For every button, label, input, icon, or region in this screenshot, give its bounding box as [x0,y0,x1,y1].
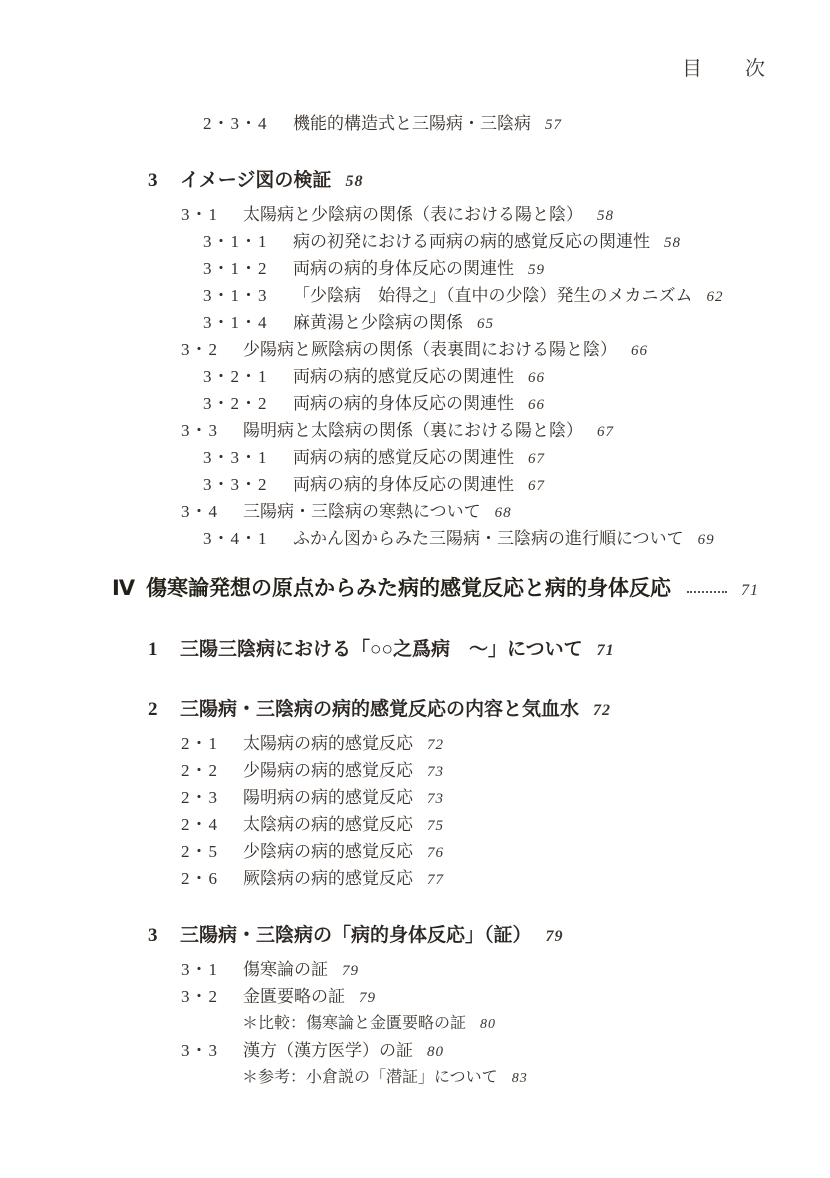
entry-number: 3 [148,920,180,952]
entry-title: ＊参考：小倉説の「潜証」について [242,1064,498,1091]
entry-number: 2 [148,694,180,726]
dotted-leader [687,591,727,593]
toc-entry: 3・3・1両病の病的感覚反応の関連性67 [0,444,830,471]
entry-page: 79 [342,958,359,985]
entry-title: 傷寒論の証 [243,956,328,983]
entry-title: 三陽病・三陰病の寒熱について [243,498,481,525]
entry-title: ＊比較：傷寒論と金匱要略の証 [242,1010,466,1037]
entry-number: 3・3 [181,1037,243,1064]
entry-page: 80 [427,1039,444,1066]
entry-page: 69 [698,527,715,554]
entry-title: 両病の病的身体反応の関連性 [293,471,514,498]
entry-page: 67 [528,446,545,473]
entry-number: Ⅳ [112,572,146,606]
entry-page: 66 [528,392,545,419]
entry-title: 両病の病的感覚反応の関連性 [293,363,514,390]
toc-entry: ＊参考：小倉説の「潜証」について83 [0,1064,830,1091]
toc-entry: 2・5少陰病の病的感覚反応76 [0,838,830,865]
toc-entry: 3・4・1ふかん図からみた三陽病・三陰病の進行順について69 [0,525,830,552]
entry-title: 少陽病の病的感覚反応 [243,757,413,784]
entry-page: 73 [427,786,444,813]
entry-title: 少陰病の病的感覚反応 [243,838,413,865]
entry-number: 3・3 [181,417,243,444]
entry-number: 2・3 [181,784,243,811]
toc-entry: 2・3陽明病の病的感覚反応73 [0,784,830,811]
entry-number: 3・1・3 [203,282,293,309]
toc-entry: 3・2少陽病と厥陰病の関係（表裏間における陽と陰）66 [0,336,830,363]
toc-entry: 3・2・1両病の病的感覚反応の関連性66 [0,363,830,390]
entry-page: 72 [593,695,611,727]
entry-page: 58 [664,230,681,257]
entry-title: 太陰病の病的感覚反応 [243,811,413,838]
entry-number: 2・2 [181,757,243,784]
entry-number: 2・1 [181,730,243,757]
entry-number: 3 [148,165,180,197]
toc-list: 2・3・4機能的構造式と三陽病・三陰病573イメージ図の検証583・1太陽病と少… [0,110,830,1091]
entry-page: 79 [546,921,564,953]
entry-page: 65 [477,311,494,338]
entry-page: 62 [707,284,724,311]
entry-title: 両病の病的身体反応の関連性 [293,390,514,417]
toc-entry: 2・3・4機能的構造式と三陽病・三陰病57 [0,110,830,137]
toc-entry: 3・1・2両病の病的身体反応の関連性59 [0,255,830,282]
entry-title: 厥陰病の病的感覚反応 [243,865,413,892]
entry-page: 72 [427,732,444,759]
page-title: 目 次 [682,52,766,81]
entry-page: 59 [528,257,545,284]
entry-number: 3・1 [181,201,243,228]
entry-number: 3・2 [181,983,243,1010]
toc-entry: 2・2少陽病の病的感覚反応73 [0,757,830,784]
entry-number: 3・3・2 [203,471,293,498]
toc-entry: 3・1・4麻黄湯と少陰病の関係65 [0,309,830,336]
entry-page: 67 [528,473,545,500]
entry-page: 58 [345,166,363,198]
toc-entry: 3・1太陽病と少陰病の関係（表における陽と陰）58 [0,201,830,228]
entry-title: 麻黄湯と少陰病の関係 [293,309,463,336]
entry-title: 病の初発における両病の病的感覚反応の関連性 [293,228,650,255]
entry-number: 3・1 [181,956,243,983]
entry-title: 三陽病・三陰病の「病的身体反応」（証） [180,920,532,952]
entry-page: 66 [631,338,648,365]
entry-title: イメージ図の検証 [180,165,331,197]
entry-number: 3・2・2 [203,390,293,417]
toc-entry: 3・1傷寒論の証79 [0,956,830,983]
toc-entry: 3・2・2両病の病的身体反応の関連性66 [0,390,830,417]
toc-entry: 3・4三陽病・三陰病の寒熱について68 [0,498,830,525]
toc-entry: 2・6厥陰病の病的感覚反応77 [0,865,830,892]
toc-entry: Ⅳ傷寒論発想の原点からみた病的感覚反応と病的身体反応71 [0,572,830,606]
toc-entry: 1三陽三陰病における「○○之爲病 〜」について71 [0,634,830,666]
entry-title: 陽明病の病的感覚反応 [243,784,413,811]
entry-title: 傷寒論発想の原点からみた病的感覚反応と病的身体反応 [146,572,671,606]
entry-title: 両病の病的感覚反応の関連性 [293,444,514,471]
toc-entry: 3三陽病・三陰病の「病的身体反応」（証）79 [0,920,830,952]
entry-title: 機能的構造式と三陽病・三陰病 [293,110,531,137]
entry-page: 83 [512,1065,528,1092]
entry-page: 71 [741,574,759,608]
entry-page: 71 [597,635,615,667]
entry-page: 79 [359,985,376,1012]
entry-page: 58 [597,203,614,230]
toc-entry: 3イメージ図の検証58 [0,165,830,197]
entry-number: 3・1・4 [203,309,293,336]
entry-number: 3・4 [181,498,243,525]
entry-number: 2・4 [181,811,243,838]
entry-number: 1 [148,634,180,666]
entry-title: 陽明病と太陰病の関係（裏における陽と陰） [243,417,583,444]
entry-number: 3・3・1 [203,444,293,471]
entry-number: 2・3・4 [203,110,293,137]
entry-title: 金匱要略の証 [243,983,345,1010]
entry-page: 80 [480,1011,496,1038]
entry-title: 「少陰病 始得之」（直中の少陰）発生のメカニズム [293,282,693,309]
entry-number: 3・1・2 [203,255,293,282]
toc-entry: 3・3漢方（漢方医学）の証80 [0,1037,830,1064]
toc-entry: 3・1・3「少陰病 始得之」（直中の少陰）発生のメカニズム62 [0,282,830,309]
toc-entry: ＊比較：傷寒論と金匱要略の証80 [0,1010,830,1037]
entry-number: 2・6 [181,865,243,892]
toc-entry: 3・3・2両病の病的身体反応の関連性67 [0,471,830,498]
entry-title: 漢方（漢方医学）の証 [243,1037,413,1064]
entry-title: 太陽病と少陰病の関係（表における陽と陰） [243,201,583,228]
toc-entry: 3・2金匱要略の証79 [0,983,830,1010]
entry-number: 3・4・1 [203,525,293,552]
entry-page: 57 [545,112,562,139]
entry-number: 3・2・1 [203,363,293,390]
entry-page: 76 [427,840,444,867]
entry-title: 三陽病・三陰病の病的感覚反応の内容と気血水 [180,694,579,726]
toc-entry: 3・3陽明病と太陰病の関係（裏における陽と陰）67 [0,417,830,444]
entry-page: 73 [427,759,444,786]
toc-entry: 2三陽病・三陰病の病的感覚反応の内容と気血水72 [0,694,830,726]
entry-title: 少陽病と厥陰病の関係（表裏間における陽と陰） [243,336,617,363]
toc-entry: 2・1太陽病の病的感覚反応72 [0,730,830,757]
entry-number: 2・5 [181,838,243,865]
toc-entry: 2・4太陰病の病的感覚反応75 [0,811,830,838]
entry-page: 68 [495,500,512,527]
entry-number: 3・1・1 [203,228,293,255]
entry-number: 3・2 [181,336,243,363]
entry-title: 両病の病的身体反応の関連性 [293,255,514,282]
entry-title: 三陽三陰病における「○○之爲病 〜」について [180,634,583,666]
entry-title: ふかん図からみた三陽病・三陰病の進行順について [293,525,684,552]
entry-page: 75 [427,813,444,840]
entry-page: 67 [597,419,614,446]
entry-page: 77 [427,867,444,894]
entry-page: 66 [528,365,545,392]
entry-title: 太陽病の病的感覚反応 [243,730,413,757]
toc-entry: 3・1・1病の初発における両病の病的感覚反応の関連性58 [0,228,830,255]
